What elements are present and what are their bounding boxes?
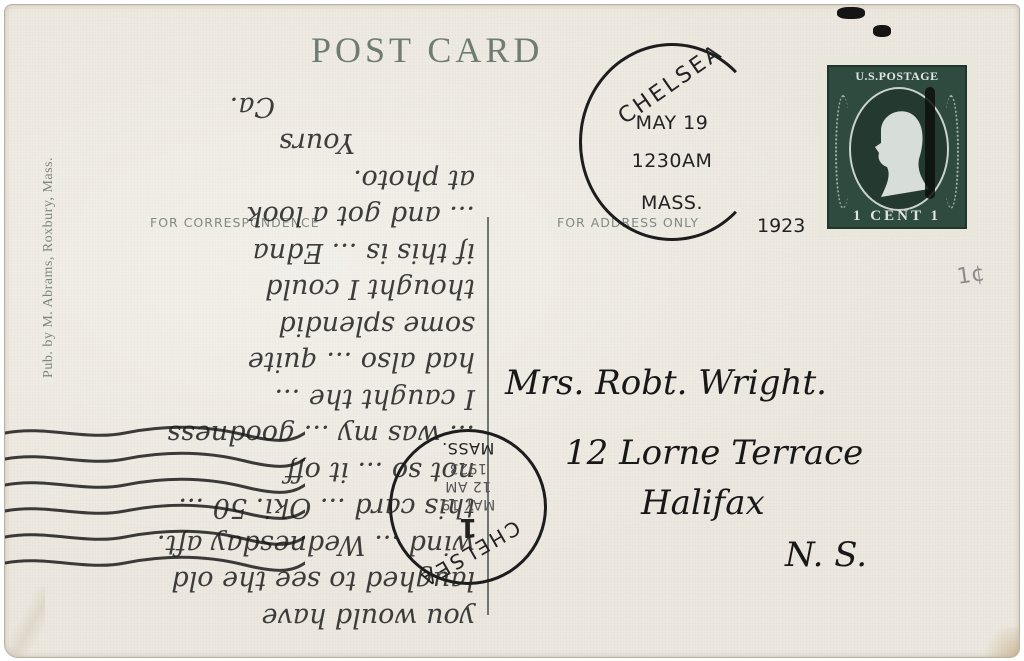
message-line: Yours [35, 124, 475, 161]
postmark-state: MASS. [582, 192, 762, 214]
postmark-year: 1923 [757, 215, 805, 237]
postage-stamp: U.S.POSTAGE 1 CENT 1 [817, 53, 977, 239]
postmark-year: 1923 [392, 460, 544, 476]
postmark-date: MAY 19 [582, 112, 762, 134]
city: Halifax [641, 483, 765, 523]
corner-wear [979, 627, 1019, 657]
ink-blot [873, 25, 891, 37]
street-address: 12 Lorne Terrace [565, 433, 863, 473]
postmark-state: MASS. [392, 439, 544, 458]
message-line: I caught the ... [35, 380, 475, 417]
laurel-right-icon [943, 95, 959, 209]
stamp-top-text: U.S.POSTAGE [829, 69, 965, 84]
receiving-postmark: CHELSEA 1 MAY 19 12 AM 1923 MASS. [389, 429, 547, 585]
message-line: ... and got a look [35, 197, 475, 234]
message-line: at photo. [35, 161, 475, 198]
postcard-back: POST CARD FOR CORRESPONDENCE FOR ADDRESS… [4, 4, 1020, 658]
message-line: some splendid [35, 307, 475, 344]
message-line: had also ... quite [35, 343, 475, 380]
postmark-station: 1 [392, 512, 544, 542]
stamp-denomination: 1 CENT 1 [829, 208, 965, 225]
message-line: if this is ... Edna [35, 234, 475, 271]
postmark-time: 1230AM [582, 150, 762, 172]
postmark-date: MAY 19 [392, 496, 544, 512]
message-line: Ca. [35, 88, 475, 125]
province: N. S. [785, 535, 867, 575]
stamp-design: U.S.POSTAGE 1 CENT 1 [827, 65, 967, 229]
wavy-cancel-lines [5, 425, 305, 605]
stamp-cancel-mark [925, 87, 935, 199]
origin-postmark: CHELSEA MAY 19 1230AM MASS. [579, 43, 765, 241]
pencil-price-note: 1¢ [955, 261, 986, 290]
recipient-name: Mrs. Robt. Wright. [505, 363, 827, 403]
message-line: thought I could [35, 270, 475, 307]
ink-blot [837, 7, 865, 19]
postmark-time: 12 AM [392, 478, 544, 494]
